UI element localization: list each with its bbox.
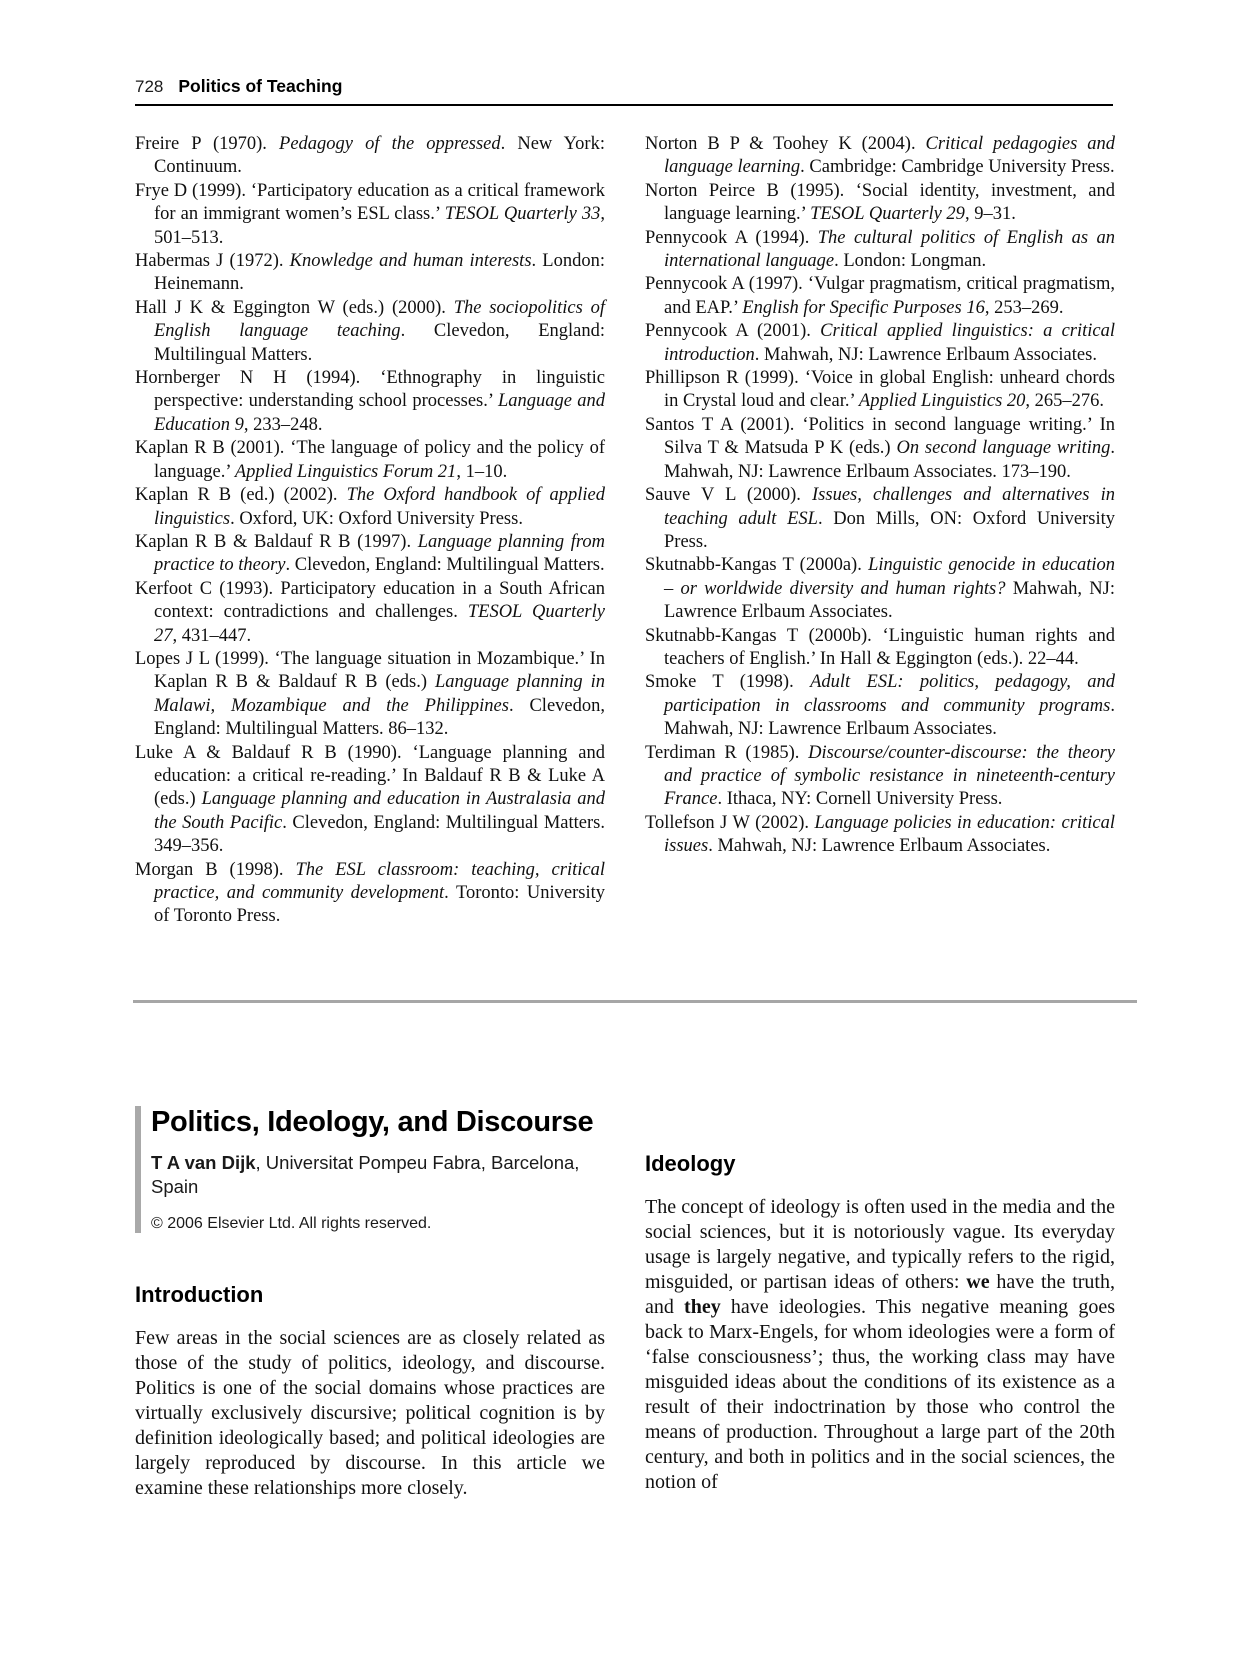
reference-item: Norton B P & Toohey K (2004). Critical p… (645, 133, 1115, 180)
reference-item: Habermas J (1972). Knowledge and human i… (135, 250, 605, 297)
reference-item: Frye D (1999). ‘Participatory education … (135, 180, 605, 250)
reference-item: Pennycook A (2001). Critical applied lin… (645, 320, 1115, 367)
reference-item: Phillipson R (1999). ‘Voice in global En… (645, 367, 1115, 414)
author-name: T A van Dijk (151, 1152, 256, 1173)
reference-item: Tollefson J W (2002). Language policies … (645, 812, 1115, 859)
reference-item: Kaplan R B & Baldauf R B (1997). Languag… (135, 531, 605, 578)
reference-item: Sauve V L (2000). Issues, challenges and… (645, 484, 1115, 554)
reference-list: Freire P (1970). Pedagogy of the oppress… (135, 133, 1115, 929)
running-head-title: Politics of Teaching (178, 76, 342, 96)
reference-item: Hall J K & Eggington W (eds.) (2000). Th… (135, 297, 605, 367)
section-divider-rule (133, 1000, 1137, 1003)
reference-item: Kaplan R B (ed.) (2002). The Oxford hand… (135, 484, 605, 531)
reference-item: Pennycook A (1997). ‘Vulgar pragmatism, … (645, 273, 1115, 320)
reference-item: Santos T A (2001). ‘Politics in second l… (645, 414, 1115, 484)
reference-item: Norton Peirce B (1995). ‘Social identity… (645, 180, 1115, 227)
article-right-column: Ideology The concept of ideology is ofte… (645, 1106, 1115, 1501)
page-number: 728 (135, 77, 163, 96)
reference-item: Freire P (1970). Pedagogy of the oppress… (135, 133, 605, 180)
article-byline: T A van Dijk, Universitat Pompeu Fabra, … (151, 1151, 605, 1199)
ideology-paragraph: The concept of ideology is often used in… (645, 1195, 1115, 1495)
reference-item: Luke A & Baldauf R B (1990). ‘Language p… (135, 742, 605, 859)
references-left-column: Freire P (1970). Pedagogy of the oppress… (135, 133, 605, 929)
journal-page: 728Politics of Teaching Freire P (1970).… (0, 0, 1240, 1655)
reference-item: Skutnabb-Kangas T (2000a). Linguistic ge… (645, 554, 1115, 624)
reference-item: Hornberger N H (1994). ‘Ethnography in l… (135, 367, 605, 437)
article-politics-ideology-discourse: Politics, Ideology, and Discourse T A va… (135, 1106, 1115, 1501)
reference-item: Terdiman R (1985). Discourse/counter-dis… (645, 742, 1115, 812)
references-right-column: Norton B P & Toohey K (2004). Critical p… (645, 133, 1115, 929)
reference-item: Kerfoot C (1993). Participatory educatio… (135, 578, 605, 648)
reference-item: Pennycook A (1994). The cultural politic… (645, 227, 1115, 274)
reference-item: Lopes J L (1999). ‘The language situatio… (135, 648, 605, 742)
copyright-notice: © 2006 Elsevier Ltd. All rights reserved… (151, 1215, 605, 1233)
section-heading-ideology: Ideology (645, 1151, 1115, 1177)
running-header: 728Politics of Teaching (135, 76, 1113, 106)
reference-item: Morgan B (1998). The ESL classroom: teac… (135, 859, 605, 929)
introduction-paragraph: Few areas in the social sciences are as … (135, 1326, 605, 1501)
article-left-column: Politics, Ideology, and Discourse T A va… (135, 1106, 605, 1501)
reference-item: Smoke T (1998). Adult ESL: politics, ped… (645, 671, 1115, 741)
reference-item: Kaplan R B (2001). ‘The language of poli… (135, 437, 605, 484)
article-title-block: Politics, Ideology, and Discourse T A va… (135, 1106, 605, 1233)
section-heading-introduction: Introduction (135, 1282, 605, 1308)
article-title: Politics, Ideology, and Discourse (151, 1106, 605, 1138)
reference-item: Skutnabb-Kangas T (2000b). ‘Linguistic h… (645, 625, 1115, 672)
